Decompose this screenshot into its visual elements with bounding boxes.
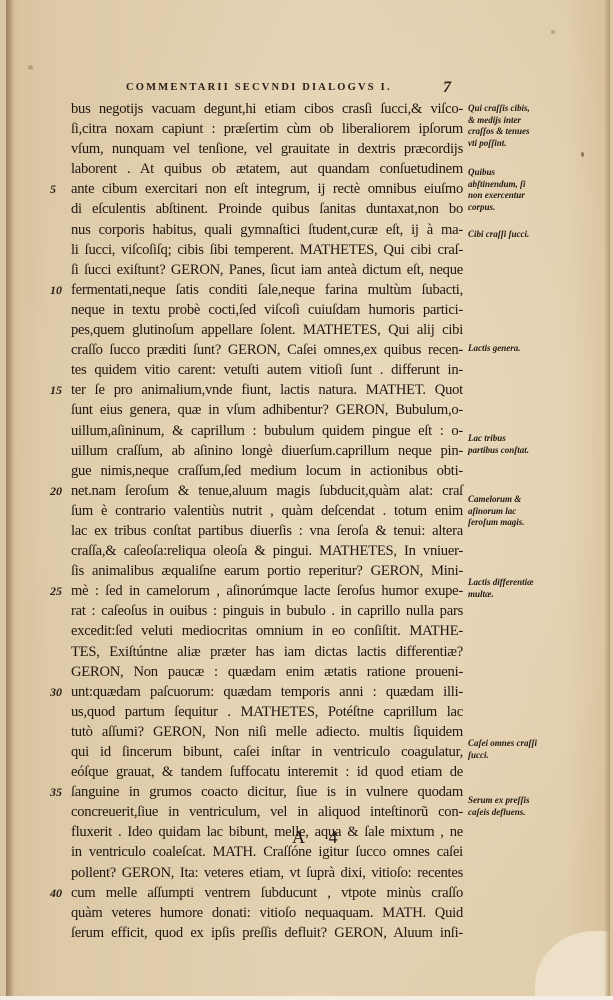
line-number: 5 [50, 179, 56, 199]
text-line: us,quod partum ſequitur . MATHETES, Poté… [66, 702, 466, 722]
margin-note: Serum ex preſſis caſeis defluens. [468, 795, 538, 818]
page-number: 7 [443, 79, 451, 97]
text-line: fluxerit . Ideo quidam lac bibunt, melle… [66, 822, 466, 842]
line-text: ſerum efficit, quod ex ipſis preſſis def… [71, 923, 463, 943]
text-line: nus corporis habitus, quali gymnaſtici ſ… [66, 220, 466, 240]
text-line: rat : caſeoſus in ouibus : pinguis in bu… [66, 601, 466, 621]
line-text: in ventriculo coaleſcat. MATH. Craſſóne … [71, 842, 463, 862]
text-line: TES, Exiſtúntne aliæ præter has iam dict… [66, 642, 466, 662]
margin-note: Quibus abſtinendum, ſi non exercentur co… [468, 167, 538, 213]
line-text: rat : caſeoſus in ouibus : pinguis in bu… [71, 601, 463, 621]
line-text: qui id ſincerum bibunt, caſei inſtar in … [71, 742, 463, 762]
line-text: ſis animalibus æqualiſne earum portio re… [71, 561, 463, 581]
line-text: neque in textu probè cocti,ſed viſcoſi c… [71, 300, 463, 320]
line-text: ſi ſucci exiſtunt? GERON, Panes, ſicut i… [71, 260, 463, 280]
text-line: ſis animalibus æqualiſne earum portio re… [66, 561, 466, 581]
line-text: pollent? GERON, Ita: veteres etiam, vt ſ… [71, 863, 463, 883]
line-text: tutò aſſumi? GERON, Non niſi melle adiec… [71, 722, 463, 742]
torn-corner [535, 931, 610, 996]
line-text: pes,quem glutinoſum appellare ſolent. MA… [71, 320, 463, 340]
main-text-block: bus negotijs vacuam degunt,hi etiam cibo… [66, 99, 466, 943]
text-line: pes,quem glutinoſum appellare ſolent. MA… [66, 320, 466, 340]
text-line: ſunt eius genera, quæ in vſum adhibentur… [66, 400, 466, 420]
line-text: ſi,citra noxam capiunt : præſertim cùm o… [71, 119, 463, 139]
text-line: tes quidem vitio carent: vetuſti autem v… [66, 360, 466, 380]
ink-mark [581, 152, 584, 157]
text-line: qui id ſincerum bibunt, caſei inſtar in … [66, 742, 466, 762]
scan-edge [0, 996, 613, 1000]
text-line: ſum è contrario valentiùs nutrit , quàm … [66, 501, 466, 521]
text-line: gue nimis,neque craſſum,ſed medium locum… [66, 461, 466, 481]
line-text: bus negotijs vacuam degunt,hi etiam cibo… [71, 99, 463, 119]
line-text: ſum è contrario valentiùs nutrit , quàm … [71, 501, 463, 521]
line-text: li ſucci, viſcoſiſq; cibis ſibi temperen… [71, 240, 463, 260]
line-text: ſanguine in grumos coacto dicitur, ſiue … [71, 782, 463, 802]
text-line: ſerum efficit, quod ex ipſis preſſis def… [66, 923, 466, 943]
line-text: cum melle aſſumpti ventrem ſubducunt , v… [71, 883, 463, 903]
text-line: uillum,aſininum, & caprillum : bubulum q… [66, 421, 466, 441]
text-line: vſum, nunquam vel tenſione, vel grauitat… [66, 139, 466, 159]
text-line: 30unt:quædam paſcuorum: quædam temporis … [66, 682, 466, 702]
line-text: TES, Exiſtúntne aliæ præter has iam dict… [71, 642, 463, 662]
text-line: uillum craſſum, ab aſinino longè diuerſu… [66, 441, 466, 461]
line-text: concreuerit,ſiue in ventriculum, vel in … [71, 802, 463, 822]
text-line: 10fermentati,neque ſatis conditi ſale,ne… [66, 280, 466, 300]
line-text: di eſculentis abſtinent. Proinde quibus … [71, 199, 463, 219]
line-text: eóſque grauat, & tandem ſuffocatu intere… [71, 762, 463, 782]
text-line: neque in textu probè cocti,ſed viſcoſi c… [66, 300, 466, 320]
line-text: mè : ſed in camelorum , aſinorúmque lact… [71, 581, 463, 601]
line-text: gue nimis,neque craſſum,ſed medium locum… [71, 461, 463, 481]
line-text: uillum craſſum, ab aſinino longè diuerſu… [71, 441, 463, 461]
line-text: ter ſe pro animalium,vnde fiunt, lactis … [71, 380, 463, 400]
line-text: net.nam ſeroſum & tenue,aluum magis ſubd… [71, 481, 463, 501]
line-text: excedit:ſed veluti mediocritas omnium in… [71, 621, 463, 641]
text-line: bus negotijs vacuam degunt,hi etiam cibo… [66, 99, 466, 119]
line-number: 35 [50, 782, 62, 802]
text-line: concreuerit,ſiue in ventriculum, vel in … [66, 802, 466, 822]
margin-note: Cibi craſſi ſucci. [468, 229, 538, 241]
line-text: nus corporis habitus, quali gymnaſtici ſ… [71, 220, 463, 240]
text-line: ſi ſucci exiſtunt? GERON, Panes, ſicut i… [66, 260, 466, 280]
line-text: fluxerit . Ideo quidam lac bibunt, melle… [71, 822, 463, 842]
text-line: lac ex tribus conſtat partibus diuerſis … [66, 521, 466, 541]
text-line: pollent? GERON, Ita: veteres etiam, vt ſ… [66, 863, 466, 883]
text-line: 35ſanguine in grumos coacto dicitur, ſiu… [66, 782, 466, 802]
line-number: 10 [50, 280, 62, 300]
ink-spot [28, 65, 33, 70]
line-text: GERON, Non paucæ : quædam enim ætatis ra… [71, 662, 463, 682]
line-text: fermentati,neque ſatis conditi ſale,nequ… [71, 280, 463, 300]
text-line: craſſa,& caſeoſa:reliqua oleoſa & pingui… [66, 541, 466, 561]
signature-mark: A 4 [292, 827, 348, 848]
ink-spot [551, 30, 555, 34]
margin-note: Lac tribus partibus conſtat. [468, 433, 538, 456]
margin-note: Qui craſſis cibis, & medijs inter craſſo… [468, 103, 538, 149]
margin-note: Lactis differentiæ multæ. [468, 577, 538, 600]
margin-note: Camelorum & aſinorum lac ſeroſum magis. [468, 494, 538, 529]
line-text: us,quod partum ſequitur . MATHETES, Poté… [71, 702, 463, 722]
text-line: craſſo ſucco præditi ſunt? GERON, Caſei … [66, 340, 466, 360]
line-number: 25 [50, 581, 62, 601]
text-line: 25mè : ſed in camelorum , aſinorúmque la… [66, 581, 466, 601]
text-line: li ſucci, viſcoſiſq; cibis ſibi temperen… [66, 240, 466, 260]
line-text: unt:quædam paſcuorum: quædam temporis an… [71, 682, 463, 702]
line-number: 15 [50, 380, 62, 400]
text-line: laborent . At quibus ob ætatem, aut quan… [66, 159, 466, 179]
line-text: laborent . At quibus ob ætatem, aut quan… [71, 159, 463, 179]
line-text: craſſo ſucco præditi ſunt? GERON, Caſei … [71, 340, 463, 360]
line-text: quàm veteres humore donati: vitioſo nequ… [71, 903, 463, 923]
text-line: excedit:ſed veluti mediocritas omnium in… [66, 621, 466, 641]
text-line: GERON, Non paucæ : quædam enim ætatis ra… [66, 662, 466, 682]
book-page-scan: COMMENTARII SECVNDI DIALOGVS I. 7 bus ne… [0, 0, 613, 1000]
text-line: 15ter ſe pro animalium,vnde fiunt, lacti… [66, 380, 466, 400]
line-text: ſunt eius genera, quæ in vſum adhibentur… [71, 400, 463, 420]
line-text: uillum,aſininum, & caprillum : bubulum q… [71, 421, 463, 441]
text-line: di eſculentis abſtinent. Proinde quibus … [66, 199, 466, 219]
running-head: COMMENTARII SECVNDI DIALOGVS I. [126, 82, 456, 93]
line-text: tes quidem vitio carent: vetuſti autem v… [71, 360, 463, 380]
text-line: 20net.nam ſeroſum & tenue,aluum magis ſu… [66, 481, 466, 501]
margin-note: Caſei omnes craſſi ſucci. [468, 738, 538, 761]
margin-note: Lactis genera. [468, 343, 538, 355]
line-number: 20 [50, 481, 62, 501]
text-line: quàm veteres humore donati: vitioſo nequ… [66, 903, 466, 923]
page-paper: COMMENTARII SECVNDI DIALOGVS I. 7 bus ne… [6, 0, 610, 996]
line-text: craſſa,& caſeoſa:reliqua oleoſa & pingui… [71, 541, 463, 561]
text-line: ſi,citra noxam capiunt : præſertim cùm o… [66, 119, 466, 139]
line-text: lac ex tribus conſtat partibus diuerſis … [71, 521, 463, 541]
text-line: 5ante cibum exercitari non eſt integrum,… [66, 179, 466, 199]
line-text: vſum, nunquam vel tenſione, vel grauitat… [71, 139, 463, 159]
text-line: 40cum melle aſſumpti ventrem ſubducunt ,… [66, 883, 466, 903]
line-text: ante cibum exercitari non eſt integrum, … [71, 179, 463, 199]
line-number: 40 [50, 883, 62, 903]
text-line: in ventriculo coaleſcat. MATH. Craſſóne … [66, 842, 466, 862]
line-number: 30 [50, 682, 62, 702]
text-line: tutò aſſumi? GERON, Non niſi melle adiec… [66, 722, 466, 742]
text-line: eóſque grauat, & tandem ſuffocatu intere… [66, 762, 466, 782]
